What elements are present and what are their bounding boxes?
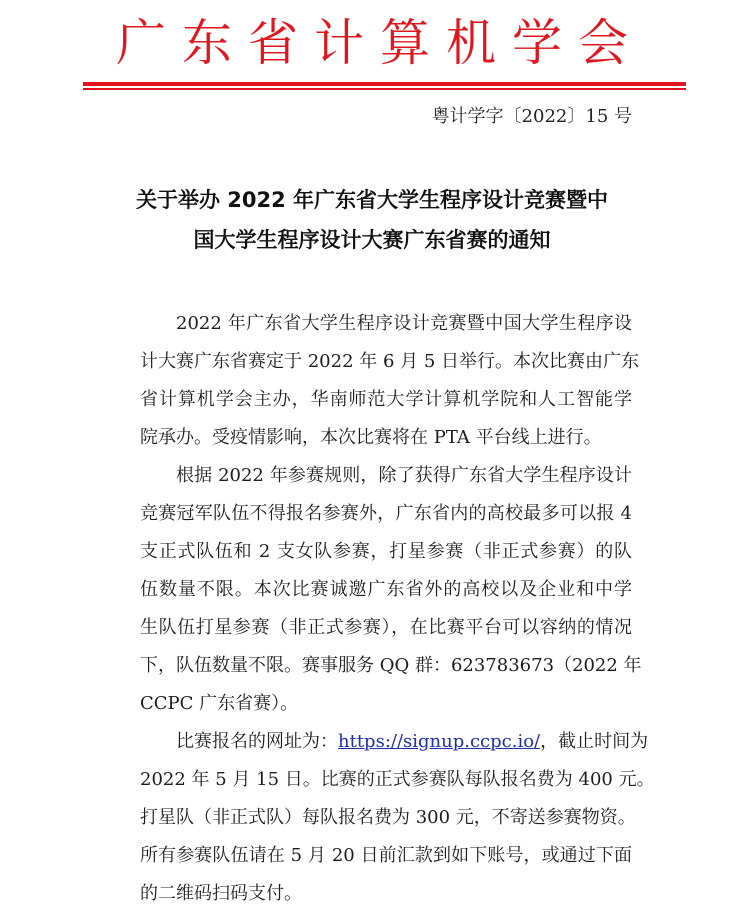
paragraph-3-line: 所有参赛队伍请在 5 月 20 日前汇款到如下账号，或通过下面 [140,837,632,875]
paragraph-3-line: 的二维码扫码支付。 [140,875,632,913]
document-body: 2022 年广东省大学生程序设计竞赛暨中国大学生程序设 计大赛广东省赛定于 20… [140,305,632,913]
paragraph-1-line: 院承办。受疫情影响，本次比赛将在 PTA 平台线上进行。 [140,419,632,457]
paragraph-3-first-line: 比赛报名的网址为：https://signup.ccpc.io/，截止时间为 [140,723,632,761]
letterhead-rule-thin [83,88,686,90]
paragraph-2-line: 下，队伍数量不限。赛事服务 QQ 群：623783673（2022 年 [140,647,632,685]
paragraph-3-line: 打星队（非正式队）每队报名费为 300 元，不寄送参赛物资。 [140,799,632,837]
paragraph-1-line: 计大赛广东省赛定于 2022 年 6 月 5 日举行。本次比赛由广东 [140,343,632,381]
paragraph-2-line: 伍数量不限。本次比赛诚邀广东省外的高校以及企业和中学 [140,571,632,609]
document-number: 粤计学字〔2022〕15 号 [432,104,632,130]
heading-line: 国大学生程序设计大赛广东省赛的通知 [0,220,744,260]
heading-line: 关于举办 2022 年广东省大学生程序设计竞赛暨中 [0,180,744,220]
paragraph-1-line: 省计算机学会主办，华南师范大学计算机学院和人工智能学 [140,381,632,419]
paragraph-2-line: 根据 2022 年参赛规则，除了获得广东省大学生程序设计 [140,457,632,495]
paragraph-2-line: 支正式队伍和 2 支女队参赛，打星参赛（非正式参赛）的队 [140,533,632,571]
paragraph-1-line: 2022 年广东省大学生程序设计竞赛暨中国大学生程序设 [140,305,632,343]
organization-title: 广东省计算机学会 [0,12,744,74]
paragraph-2-line: 竞赛冠军队伍不得报名参赛外，广东省内的高校最多可以报 4 [140,495,632,533]
signup-prefix: 比赛报名的网址为： [176,731,338,752]
signup-suffix: ，截止时间为 [540,731,648,752]
signup-link[interactable]: https://signup.ccpc.io/ [338,731,540,752]
paragraph-2-line: CCPC 广东省赛）。 [140,685,632,723]
letterhead-rule-thick [83,82,686,86]
document-heading: 关于举办 2022 年广东省大学生程序设计竞赛暨中 国大学生程序设计大赛广东省赛… [0,180,744,260]
paragraph-2-line: 生队伍打星参赛（非正式参赛），在比赛平台可以容纳的情况 [140,609,632,647]
paragraph-3-line: 2022 年 5 月 15 日。比赛的正式参赛队每队报名费为 400 元。 [140,761,632,799]
